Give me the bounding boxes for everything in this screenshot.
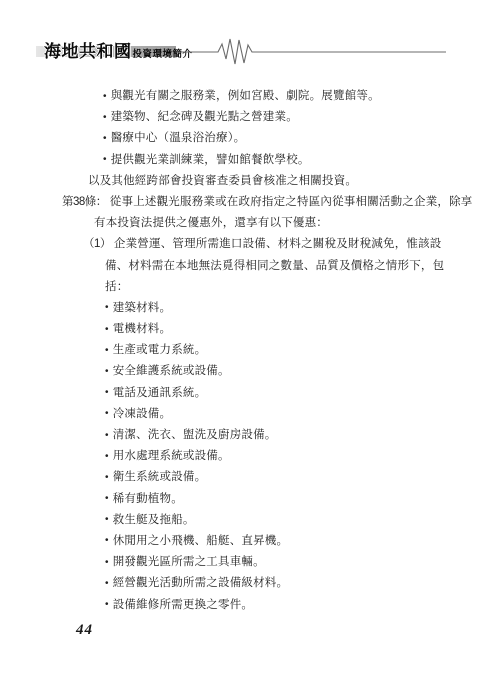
bullet-marker-icon: • xyxy=(103,149,107,170)
bullet-marker-icon: • xyxy=(105,509,109,530)
line-text: 設備維修所需更換之零件。 xyxy=(113,595,253,616)
bullet-item: •電話及通訊系統。 xyxy=(0,383,480,404)
bullet-marker-icon: • xyxy=(103,128,107,149)
line-text: 救生艇及拖船。 xyxy=(113,510,195,531)
bullet-marker-icon: • xyxy=(105,319,109,340)
line-text: 經營觀光活動所需之設備級材料。 xyxy=(113,573,289,594)
bullet-item: •建築材料。 xyxy=(0,298,480,319)
line-label: （1） xyxy=(83,234,111,255)
bullet-marker-icon: • xyxy=(103,107,107,128)
book-title-main: 海地共和國 xyxy=(44,37,132,62)
line-label: 第38條： xyxy=(62,192,107,213)
bullet-item: •用水處理系統或設備。 xyxy=(0,446,480,467)
bullet-item: •經營觀光活動所需之設備級材料。 xyxy=(0,573,480,594)
bullet-item: •衛生系統或設備。 xyxy=(0,467,480,488)
bullet-marker-icon: • xyxy=(105,297,109,318)
line-text: 電話及通訊系統。 xyxy=(113,383,207,404)
page-number: 44 xyxy=(76,622,93,639)
line-text: 休閒用之小飛機、船艇、直昇機。 xyxy=(113,531,289,552)
bullet-item: •生產或電力系統。 xyxy=(0,340,480,361)
bullet-item: •電機材料。 xyxy=(0,319,480,340)
article-text: •與觀光有關之服務業，例如宮殿、劇院。展覽館等。•建築物、紀念碑及觀光點之營建業… xyxy=(0,86,480,616)
bullet-item: •安全維護系統或設備。 xyxy=(0,361,480,382)
line-text: 電機材料。 xyxy=(113,319,172,340)
line-text: 企業營運、管理所需進口設備、材料之關稅及財稅減免，惟該設 xyxy=(114,234,442,255)
line-text: 用水處理系統或設備。 xyxy=(113,446,230,467)
bullet-item: •冷凍設備。 xyxy=(0,404,480,425)
line-text: 從事上述觀光服務業或在政府指定之特區內從事相關活動之企業，除享 xyxy=(110,192,473,213)
bullet-marker-icon: • xyxy=(105,467,109,488)
line-text: 備、材料需在本地無法覓得相同之數量、品質及價格之情形下，包 xyxy=(105,256,444,277)
bullet-marker-icon: • xyxy=(105,446,109,467)
line-text: 與觀光有關之服務業，例如宮殿、劇院。展覽館等。 xyxy=(111,86,380,107)
bullet-marker-icon: • xyxy=(105,361,109,382)
bullet-item: •提供觀光業訓練業，譬如館餐飲學校。 xyxy=(0,150,480,171)
text-line: （1）企業營運、管理所需進口設備、材料之關稅及財稅減免，惟該設 xyxy=(0,234,480,255)
text-line: 以及其他經跨部會投資審查委員會核准之相關投資。 xyxy=(0,171,480,192)
line-text: 稀有動植物。 xyxy=(113,489,183,510)
bullet-item: •休閒用之小飛機、船艇、直昇機。 xyxy=(0,531,480,552)
line-text: 冷凍設備。 xyxy=(113,404,172,425)
page-header: 海地共和國投資環境簡介 xyxy=(0,0,480,70)
book-title: 海地共和國投資環境簡介 xyxy=(44,37,193,62)
line-text: 括： xyxy=(105,277,128,298)
bullet-marker-icon: • xyxy=(105,403,109,424)
line-text: 清潔、洗衣、盥洗及廚房設備。 xyxy=(113,425,277,446)
bullet-marker-icon: • xyxy=(103,86,107,107)
line-text: 安全維護系統或設備。 xyxy=(113,361,230,382)
bullet-marker-icon: • xyxy=(105,488,109,509)
bullet-marker-icon: • xyxy=(105,382,109,403)
bullet-item: •救生艇及拖船。 xyxy=(0,510,480,531)
document-page: 海地共和國投資環境簡介 •與觀光有關之服務業，例如宮殿、劇院。展覽館等。•建築物… xyxy=(0,0,480,679)
bullet-marker-icon: • xyxy=(105,552,109,573)
bullet-item: •建築物、紀念碑及觀光點之營建業。 xyxy=(0,107,480,128)
text-line: 第38條：從事上述觀光服務業或在政府指定之特區內從事相關活動之企業，除享 xyxy=(0,192,480,213)
bullet-item: •稀有動植物。 xyxy=(0,489,480,510)
line-text: 以及其他經跨部會投資審查委員會核准之相關投資。 xyxy=(88,171,357,192)
bullet-marker-icon: • xyxy=(105,425,109,446)
line-text: 開發觀光區所需之工具車輛。 xyxy=(113,552,265,573)
text-line: 備、材料需在本地無法覓得相同之數量、品質及價格之情形下，包 xyxy=(0,256,480,277)
line-text: 建築物、紀念碑及觀光點之營建業。 xyxy=(111,107,298,128)
line-text: 醫療中心（溫泉浴治療）。 xyxy=(111,128,246,149)
text-line: 括： xyxy=(0,277,480,298)
bullet-item: •與觀光有關之服務業，例如宮殿、劇院。展覽館等。 xyxy=(0,86,480,107)
bullet-marker-icon: • xyxy=(105,340,109,361)
heartbeat-line-icon xyxy=(176,38,448,68)
line-text: 有本投資法提供之優惠外，還享有以下優惠： xyxy=(94,213,328,234)
bullet-item: •醫療中心（溫泉浴治療）。 xyxy=(0,128,480,149)
bullet-item: •設備維修所需更換之零件。 xyxy=(0,595,480,616)
text-line: 有本投資法提供之優惠外，還享有以下優惠： xyxy=(0,213,480,234)
bullet-marker-icon: • xyxy=(105,573,109,594)
bullet-item: •開發觀光區所需之工具車輛。 xyxy=(0,552,480,573)
line-text: 建築材料。 xyxy=(113,298,172,319)
bullet-item: •清潔、洗衣、盥洗及廚房設備。 xyxy=(0,425,480,446)
bullet-marker-icon: • xyxy=(105,594,109,615)
line-text: 衛生系統或設備。 xyxy=(113,467,207,488)
bullet-marker-icon: • xyxy=(105,530,109,551)
line-text: 生產或電力系統。 xyxy=(113,340,207,361)
line-text: 提供觀光業訓練業，譬如館餐飲學校。 xyxy=(111,150,310,171)
